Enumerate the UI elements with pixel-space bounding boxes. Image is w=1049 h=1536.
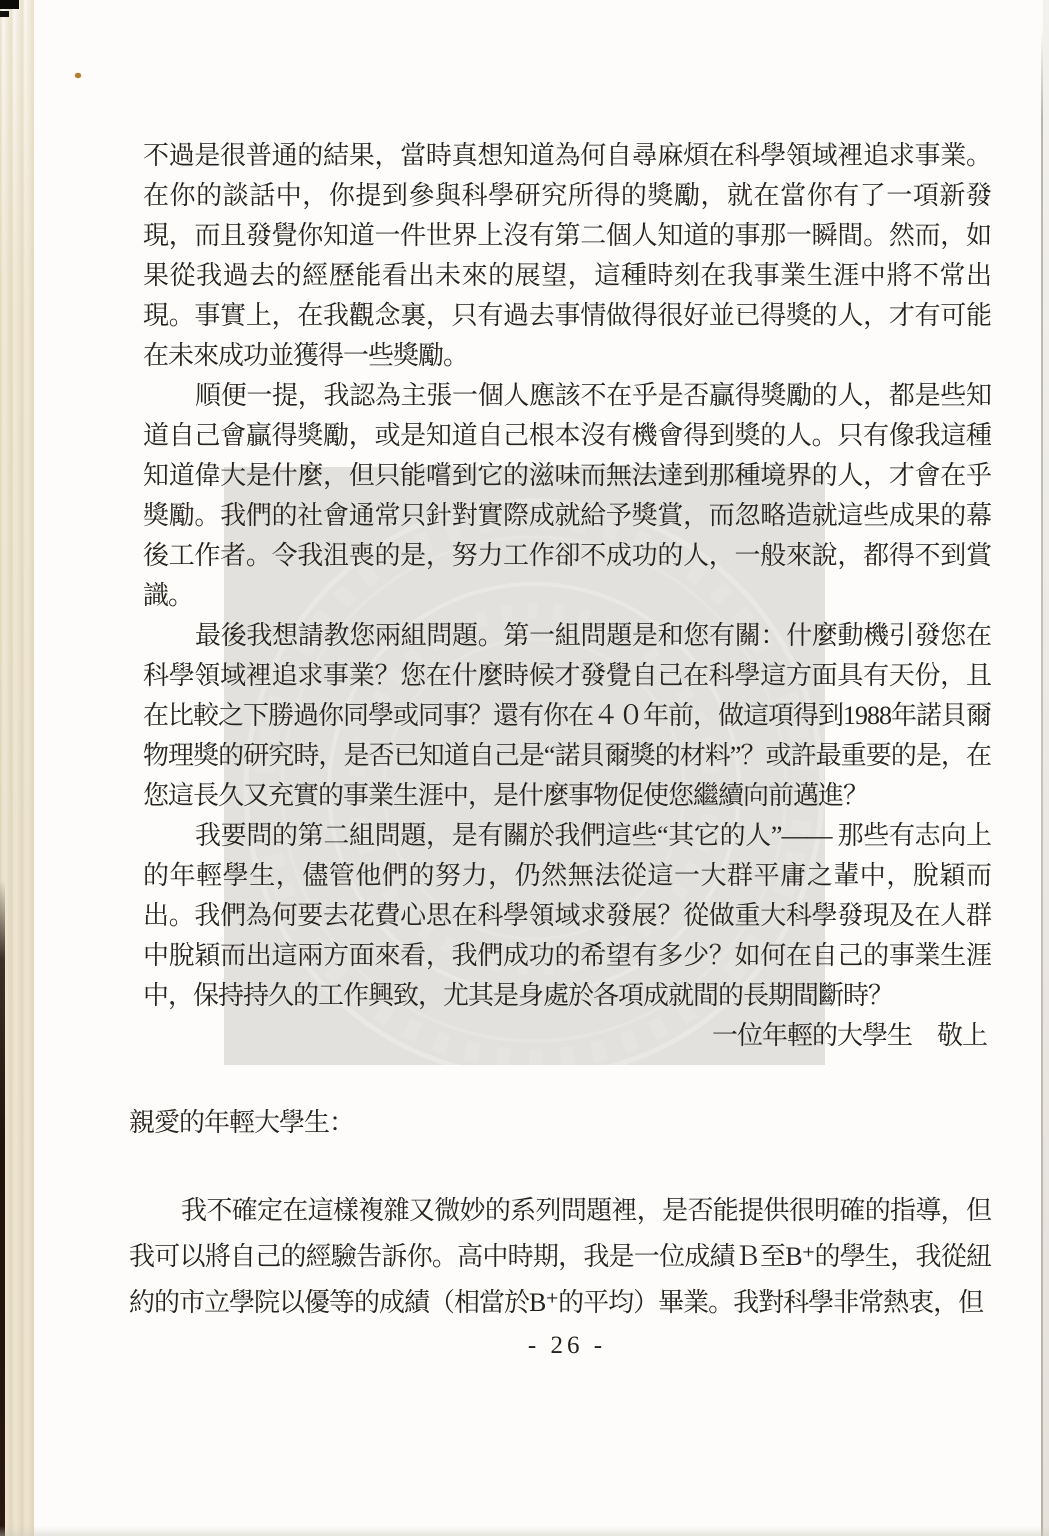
letter-paragraph: 最後我想請教您兩組問題。第一組問題是和您有關：什麼動機引發您在科學領域裡追求事業… — [143, 616, 991, 816]
scan-corner-mark — [0, 11, 9, 17]
binding-shadow — [0, 880, 5, 1536]
right-scan-edge — [1043, 0, 1049, 1536]
reply-salutation: 親愛的年輕大學生： — [129, 1100, 991, 1146]
scan-corner-mark — [0, 0, 19, 9]
page-number: - 26 - — [143, 1326, 991, 1366]
letter-paragraph: 我要問的第二組問題，是有關於我們這些“其它的人”—— 那些有志向上的年輕學生，儘… — [143, 816, 991, 1016]
reply-paragraph: 我不確定在這樣複雜又微妙的系列問題裡，是否能提供很明確的指導，但我可以將自己的經… — [129, 1188, 991, 1326]
page-text-block: 不過是很普通的結果，當時真想知道為何自尋麻煩在科學領域裡追求事業。在你的談話中，… — [143, 136, 991, 1366]
bottom-scan-shadow — [0, 1526, 1049, 1536]
letter-paragraph-continuation: 不過是很普通的結果，當時真想知道為何自尋麻煩在科學領域裡追求事業。在你的談話中，… — [143, 136, 991, 376]
paper-stain-dot — [75, 73, 81, 78]
book-page-edge — [0, 0, 34, 1536]
reply-letter: 親愛的年輕大學生： 我不確定在這樣複雜又微妙的系列問題裡，是否能提供很明確的指導… — [129, 1100, 991, 1326]
scanned-book-page: 不過是很普通的結果，當時真想知道為何自尋麻煩在科學領域裡追求事業。在你的談話中，… — [0, 0, 1049, 1536]
letter-paragraph: 順便一提，我認為主張一個人應該不在乎是否贏得獎勵的人，都是些知道自己會贏得獎勵，… — [143, 376, 991, 616]
letter-signature: 一位年輕的大學生 敬上 — [143, 1016, 991, 1056]
